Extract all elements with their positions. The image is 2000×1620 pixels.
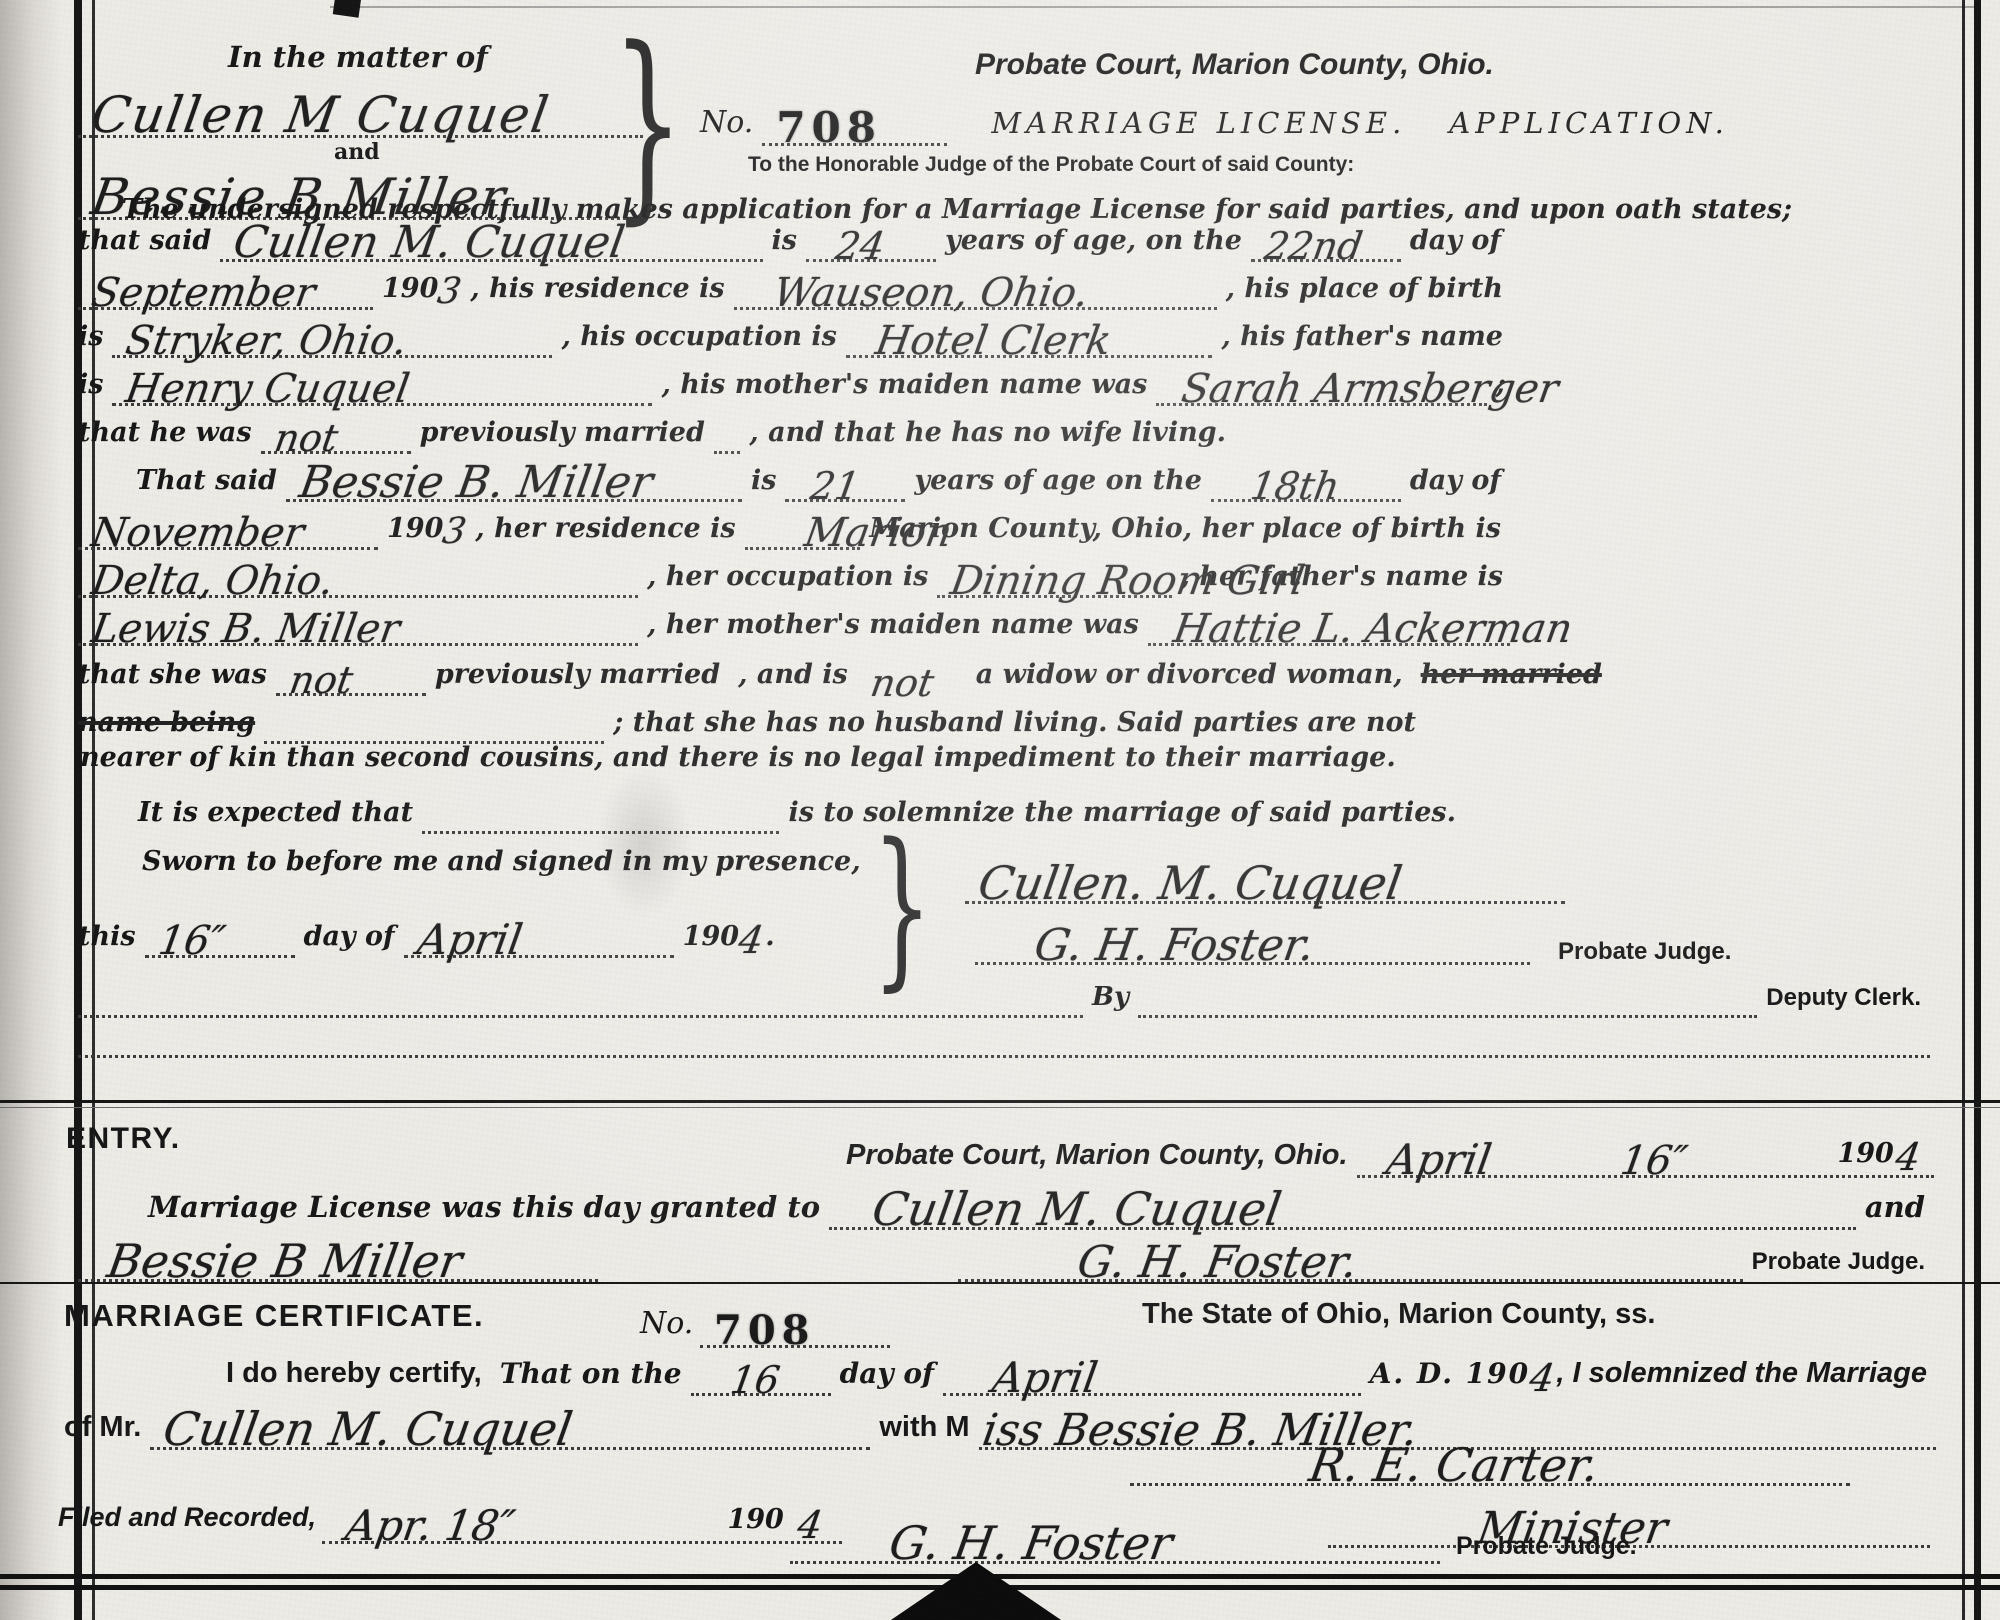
- male-age-line: 24: [806, 214, 936, 262]
- entry-granted-row: Marriage License was this day granted to…: [148, 1178, 1934, 1230]
- this-label: this: [78, 921, 136, 952]
- filed-recorded-label: Filed and Recorded,: [58, 1502, 316, 1533]
- day-of-f-label: day of: [1410, 465, 1501, 496]
- female-month-residence-row: November 190 3 , her residence is Marion…: [78, 502, 1510, 550]
- is-label: is: [772, 225, 797, 256]
- entry-granted-label: Marriage License was this day granted to: [148, 1190, 820, 1224]
- entry-and-label: and: [1865, 1190, 1925, 1224]
- court-title: Probate Court, Marion County, Ohio.: [975, 48, 1494, 82]
- male-name-age-row: that said Cullen M. Cuquel is 24 years o…: [78, 214, 1510, 262]
- previously-married-label: previously married: [420, 417, 705, 448]
- female-mother-handwriting: Hattie L. Ackerman: [1144, 606, 1575, 652]
- is-label-2: is: [78, 321, 103, 352]
- minister-signature-handwriting: R. E. Carter.: [1126, 1438, 1603, 1492]
- minister-signature-line: R. E. Carter.: [1130, 1428, 1850, 1486]
- female-birthplace-line: Delta, Ohio.: [78, 550, 638, 598]
- application-heading: APPLICATION.: [1449, 106, 1729, 140]
- scan-left-edge-shading: [0, 0, 62, 1620]
- female-birth-day-line: 18th: [1211, 454, 1401, 502]
- female-not2-line: not: [857, 648, 967, 696]
- is-label-3: is: [78, 369, 103, 400]
- female-birthplace-occupation-row: Delta, Ohio. , her occupation is Dining …: [78, 550, 1512, 598]
- deputy-left-blank: [78, 972, 1083, 1018]
- certificate-number-line: 708: [700, 1296, 890, 1348]
- sworn-day-handwriting: 16″: [141, 918, 228, 964]
- no-wife-living-label: , and that he has no wife living.: [749, 417, 1226, 448]
- filed-year-190-printed: 190: [727, 1504, 783, 1535]
- certificate-title: MARRIAGE CERTIFICATE.: [64, 1298, 484, 1334]
- female-parents-row: Lewis B. Miller , her mother's maiden na…: [78, 598, 1510, 646]
- male-mother-line: Sarah Armsberger: [1156, 358, 1487, 406]
- female-father-line: Lewis B. Miller: [78, 598, 638, 646]
- right-border-thin-rule: [1962, 0, 1965, 1620]
- kin-clause: nearer of kin than second cousins, and t…: [80, 742, 1396, 773]
- day-of-2-label: day of: [304, 921, 395, 952]
- party1-name-line: Cullen M Cuquel: [78, 60, 643, 138]
- party1-name-handwriting: Cullen M Cuquel: [73, 86, 554, 144]
- sworn-date-row: this 16″ day of April 190 4 .: [78, 908, 868, 958]
- her-residence-is-label: , her residence is: [475, 513, 735, 544]
- name-being-row: name being ; that she has no husband liv…: [78, 696, 1425, 744]
- female-occupation-line: Dining Room Girl: [937, 550, 1171, 598]
- scan-artifact-triangle: [888, 1562, 1064, 1620]
- license-number-row: No. 708 MARRIAGE LICENSE. APPLICATION.: [700, 100, 1470, 146]
- male-month-residence-row: September 190 3 , his residence is Wause…: [78, 262, 1512, 310]
- by-label: By: [1092, 982, 1129, 1012]
- marriage-license-heading: MARRIAGE LICENSE.: [991, 106, 1406, 140]
- that-she-was-label: that she was: [78, 659, 267, 690]
- male-prev-married-blank: [714, 406, 740, 454]
- marion-county-label: Marion County, Ohio, her place of birth …: [869, 513, 1501, 544]
- period-label: .: [765, 921, 774, 952]
- female-not-line: not: [276, 648, 426, 696]
- female-birth-month-line: November: [78, 502, 378, 550]
- struck-name-being-label: name being: [78, 707, 255, 738]
- filed-date-line: Apr. 18″ 190 4: [322, 1494, 842, 1544]
- male-residence-line: Wauseon, Ohio.: [734, 262, 1217, 310]
- of-mr-label: of Mr.: [64, 1411, 141, 1444]
- female-name-age-row: That said Bessie B. Miller is 21 years o…: [78, 454, 1510, 502]
- entry-grantee2-row: Bessie B Miller G. H. Foster. Probate Ju…: [78, 1226, 1934, 1282]
- certify-label: I do hereby certify,: [226, 1357, 482, 1390]
- groom-name-line: Cullen M. Cuquel: [150, 1394, 870, 1450]
- female-name-handwriting: Bessie B. Miller: [282, 457, 656, 508]
- male-occupation-line: Hotel Clerk: [846, 310, 1212, 358]
- sworn-month-line: April: [404, 908, 674, 958]
- male-birth-month-line: September: [78, 262, 373, 310]
- struck-her-married-label: her married: [1421, 659, 1602, 690]
- judge-signature-line: G. H. Foster.: [975, 905, 1530, 965]
- certificate-day-of-label: day of: [840, 1357, 934, 1390]
- judge-signature-handwriting: G. H. Foster.: [971, 920, 1318, 971]
- is-label-4: is: [751, 465, 776, 496]
- widow-label: a widow or divorced woman,: [976, 659, 1403, 690]
- applicant-signature-line: Cullen. M. Cuquel: [965, 842, 1565, 904]
- her-occupation-is-label: , her occupation is: [647, 561, 928, 592]
- entry-judge-signature-line: G. H. Foster.: [958, 1226, 1743, 1282]
- male-parents-row: is Henry Cuquel , his mother's maiden na…: [78, 358, 1515, 406]
- married-name-blank: [264, 696, 604, 744]
- deputy-signature-blank: [1138, 972, 1757, 1018]
- entry-divider-echo: [0, 1107, 2000, 1108]
- his-place-of-birth-label: , his place of birth: [1226, 273, 1503, 304]
- female-father-handwriting: Lewis B. Miller: [74, 606, 403, 652]
- honorable-judge-line: To the Honorable Judge of the Probate Co…: [748, 153, 1354, 177]
- applicant-signature-handwriting: Cullen. M. Cuquel: [961, 856, 1406, 910]
- filed-judge-signature-line: G. H. Foster: [790, 1506, 1440, 1564]
- day-of-label: day of: [1410, 225, 1501, 256]
- that-he-was-label: that he was: [78, 417, 252, 448]
- entry-year-digit-handwriting: 4: [1890, 1135, 1923, 1179]
- female-residence-line: Marion: [745, 502, 861, 550]
- year-190-printed-sworn: 190: [683, 921, 739, 952]
- sworn-month-handwriting: April: [400, 915, 526, 964]
- sworn-brace: }: [872, 828, 932, 986]
- sworn-year-digit-handwriting: 4: [736, 918, 767, 962]
- entry-probate-judge-label: Probate Judge.: [1752, 1248, 1925, 1276]
- no-label: No.: [700, 105, 753, 140]
- caption-brace: }: [612, 30, 684, 219]
- spare-ruled-line: [78, 1024, 1930, 1058]
- certificate-divider-rule: [0, 1282, 2000, 1284]
- certify-row: I do hereby certify, That on the 16 day …: [226, 1344, 1936, 1396]
- female-year-digit-handwriting: 3: [440, 511, 469, 552]
- his-mothers-maiden-label: , his mother's maiden name was: [661, 369, 1147, 400]
- that-said-label: that said: [78, 225, 211, 256]
- years-of-age-label: years of age, on the: [945, 225, 1242, 256]
- expected-row: It is expected that is to solemnize the …: [80, 786, 1465, 834]
- entry-court-label: Probate Court, Marion County, Ohio.: [846, 1139, 1348, 1172]
- filed-date-handwriting: Apr. 18″: [318, 1501, 518, 1550]
- sworn-day-line: 16″: [145, 908, 295, 958]
- entry-month-handwriting: April: [1353, 1135, 1495, 1184]
- state-of-ohio-label: The State of Ohio, Marion County, ss.: [1142, 1298, 1655, 1331]
- male-name-handwriting: Cullen M. Cuquel: [216, 217, 628, 268]
- sworn-label: Sworn to before me and signed in my pres…: [142, 846, 861, 877]
- right-border-thick-rule: [1974, 0, 1981, 1620]
- ad-190-label: A. D. 190: [1370, 1357, 1530, 1390]
- his-residence-is-label: , his residence is: [470, 273, 724, 304]
- previously-married-f-label: previously married: [435, 659, 720, 690]
- entry-date-line: April 16″ 190 4: [1357, 1128, 1934, 1178]
- entry-court-date-row: Probate Court, Marion County, Ohio. Apri…: [846, 1128, 1934, 1178]
- entry-divider-rule: [0, 1100, 2000, 1103]
- years-of-age-f-label: years of age on the: [914, 465, 1201, 496]
- expected-label: It is expected that: [138, 797, 413, 828]
- scan-top-mark: [333, 0, 362, 18]
- no-husband-label: ; that she has no husband living. Said p…: [613, 707, 1416, 738]
- solemnized-label: , I solemnized the Marriage: [1556, 1357, 1927, 1390]
- female-age-line: 21: [785, 454, 905, 502]
- probate-judge-label: Probate Judge.: [1558, 938, 1731, 966]
- male-name-line: Cullen M. Cuquel: [220, 214, 762, 262]
- certificate-probate-judge-label: Probate Judge.: [1456, 1532, 1637, 1561]
- female-mother-line: Hattie L. Ackerman: [1148, 598, 1510, 646]
- that-on-the-label: That on the: [500, 1357, 682, 1390]
- his-occupation-is-label: , his occupation is: [561, 321, 836, 352]
- male-not-line: not: [261, 406, 411, 454]
- his-fathers-name-label: , his father's name: [1221, 321, 1503, 352]
- male-birthplace-line: Stryker, Ohio.: [112, 310, 552, 358]
- marriage-license-document: In the matter of Cullen M Cuquel and Bes…: [0, 0, 2000, 1620]
- certificate-day-line: 16: [691, 1344, 831, 1396]
- entry-title: ENTRY.: [66, 1122, 181, 1156]
- male-birth-day-line: 22nd: [1251, 214, 1401, 262]
- male-year-digit-handwriting: 3: [435, 271, 464, 312]
- entry-judge-signature-handwriting: G. H. Foster.: [954, 1237, 1361, 1288]
- entry-grantee1-line: Cullen M. Cuquel: [829, 1178, 1856, 1230]
- groom-name-handwriting: Cullen M. Cuquel: [146, 1402, 576, 1456]
- entry-grantee2-line: Bessie B Miller: [78, 1226, 598, 1282]
- entry-year-190-printed: 190: [1837, 1138, 1893, 1169]
- license-number: 708: [762, 103, 882, 152]
- female-previously-married-row: that she was not previously married , an…: [78, 648, 1510, 696]
- her-mothers-maiden-label: , her mother's maiden name was: [647, 609, 1139, 640]
- male-father-line: Henry Cuquel: [112, 358, 652, 406]
- entry-grantee2-handwriting: Bessie B Miller: [74, 1234, 466, 1288]
- female-name-line: Bessie B. Miller: [286, 454, 742, 502]
- that-said-f-label: That said: [136, 465, 277, 496]
- year-190-printed-f: 190: [387, 513, 443, 544]
- certificate-no-label: No.: [640, 1306, 693, 1341]
- license-number-line: 708: [762, 100, 947, 146]
- top-hairline: [330, 6, 1980, 8]
- deputy-clerk-label: Deputy Clerk.: [1766, 984, 1921, 1012]
- year-190-printed: 190: [382, 273, 438, 304]
- male-previously-married-row: that he was not previously married , and…: [78, 406, 1235, 454]
- with-m-label: with M: [879, 1411, 969, 1444]
- certificate-month-line: April: [943, 1344, 1361, 1396]
- and-is-label: , and is: [738, 659, 848, 690]
- officiant-blank: [422, 786, 779, 834]
- deputy-clerk-row: By Deputy Clerk.: [78, 972, 1930, 1018]
- male-birthplace-occupation-row: is Stryker, Ohio. , his occupation is Ho…: [78, 310, 1512, 358]
